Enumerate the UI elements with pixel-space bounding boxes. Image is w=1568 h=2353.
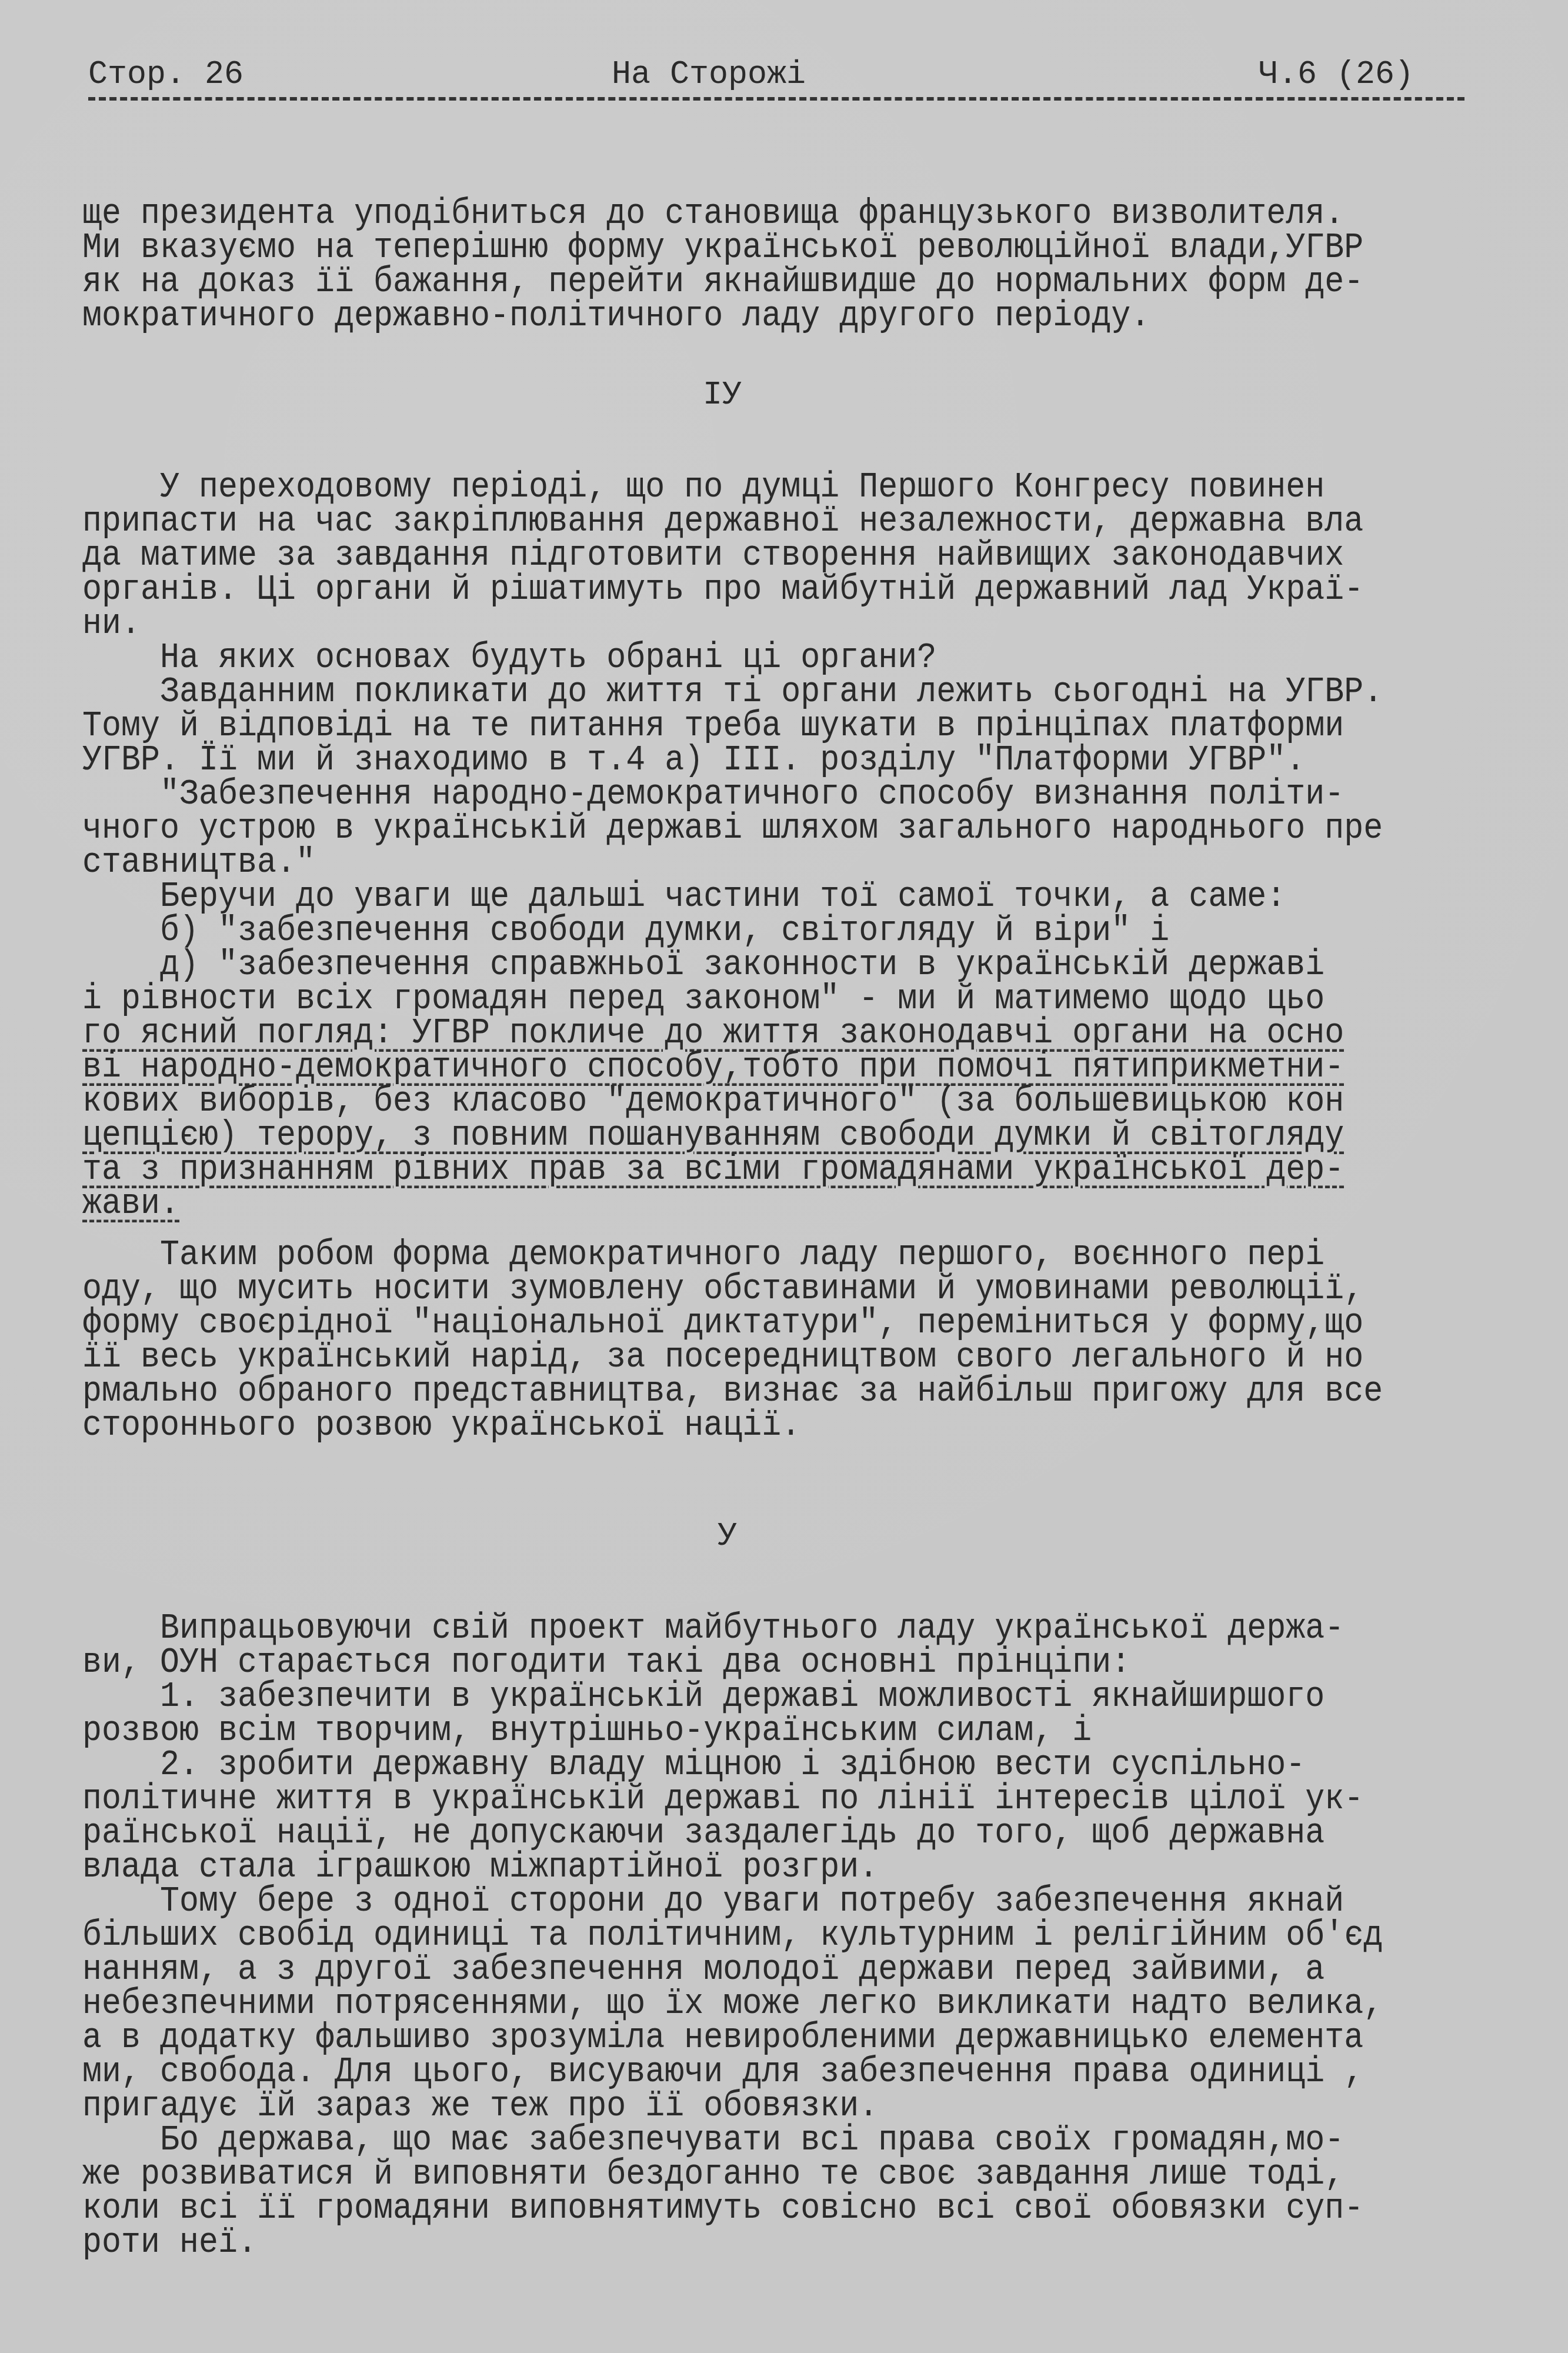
text-line: органів. Ці органи й рішатимуть про майб…	[82, 570, 1363, 609]
text-line: роти неї.	[82, 2223, 257, 2262]
document-page: Стор. 26 На Сторожі Ч.6 (26) ще президен…	[0, 0, 1568, 2353]
header-rule	[88, 97, 1464, 101]
underlined-line: та з признанням рівних прав за всіми гро…	[82, 1150, 1344, 1189]
publication-title: На Сторожі	[612, 56, 806, 93]
text-line: стороннього розвою української нації.	[82, 1406, 800, 1445]
section-heading-4: ІУ	[703, 376, 742, 414]
text-line: коли всі її громадяни виповнятимуть сові…	[82, 2189, 1363, 2228]
section-heading-5: У	[718, 1518, 737, 1555]
text-line: мократичного державно-політичного ладу д…	[82, 296, 1150, 336]
page-number: Стор. 26	[88, 56, 243, 93]
underlined-line: жави.	[82, 1184, 179, 1224]
issue-number: Ч.6 (26)	[1259, 56, 1414, 93]
